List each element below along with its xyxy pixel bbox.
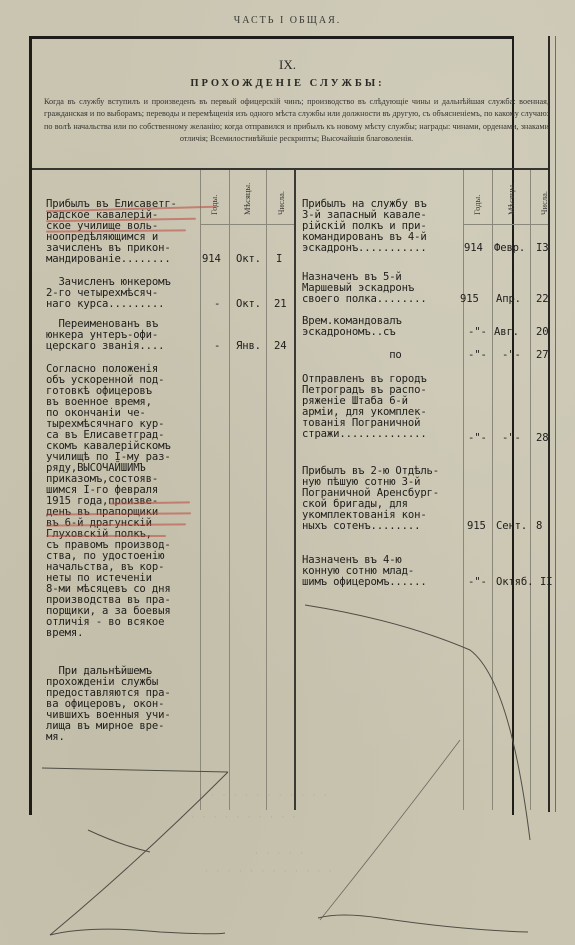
pencil-cancellation-strokes <box>0 0 575 945</box>
